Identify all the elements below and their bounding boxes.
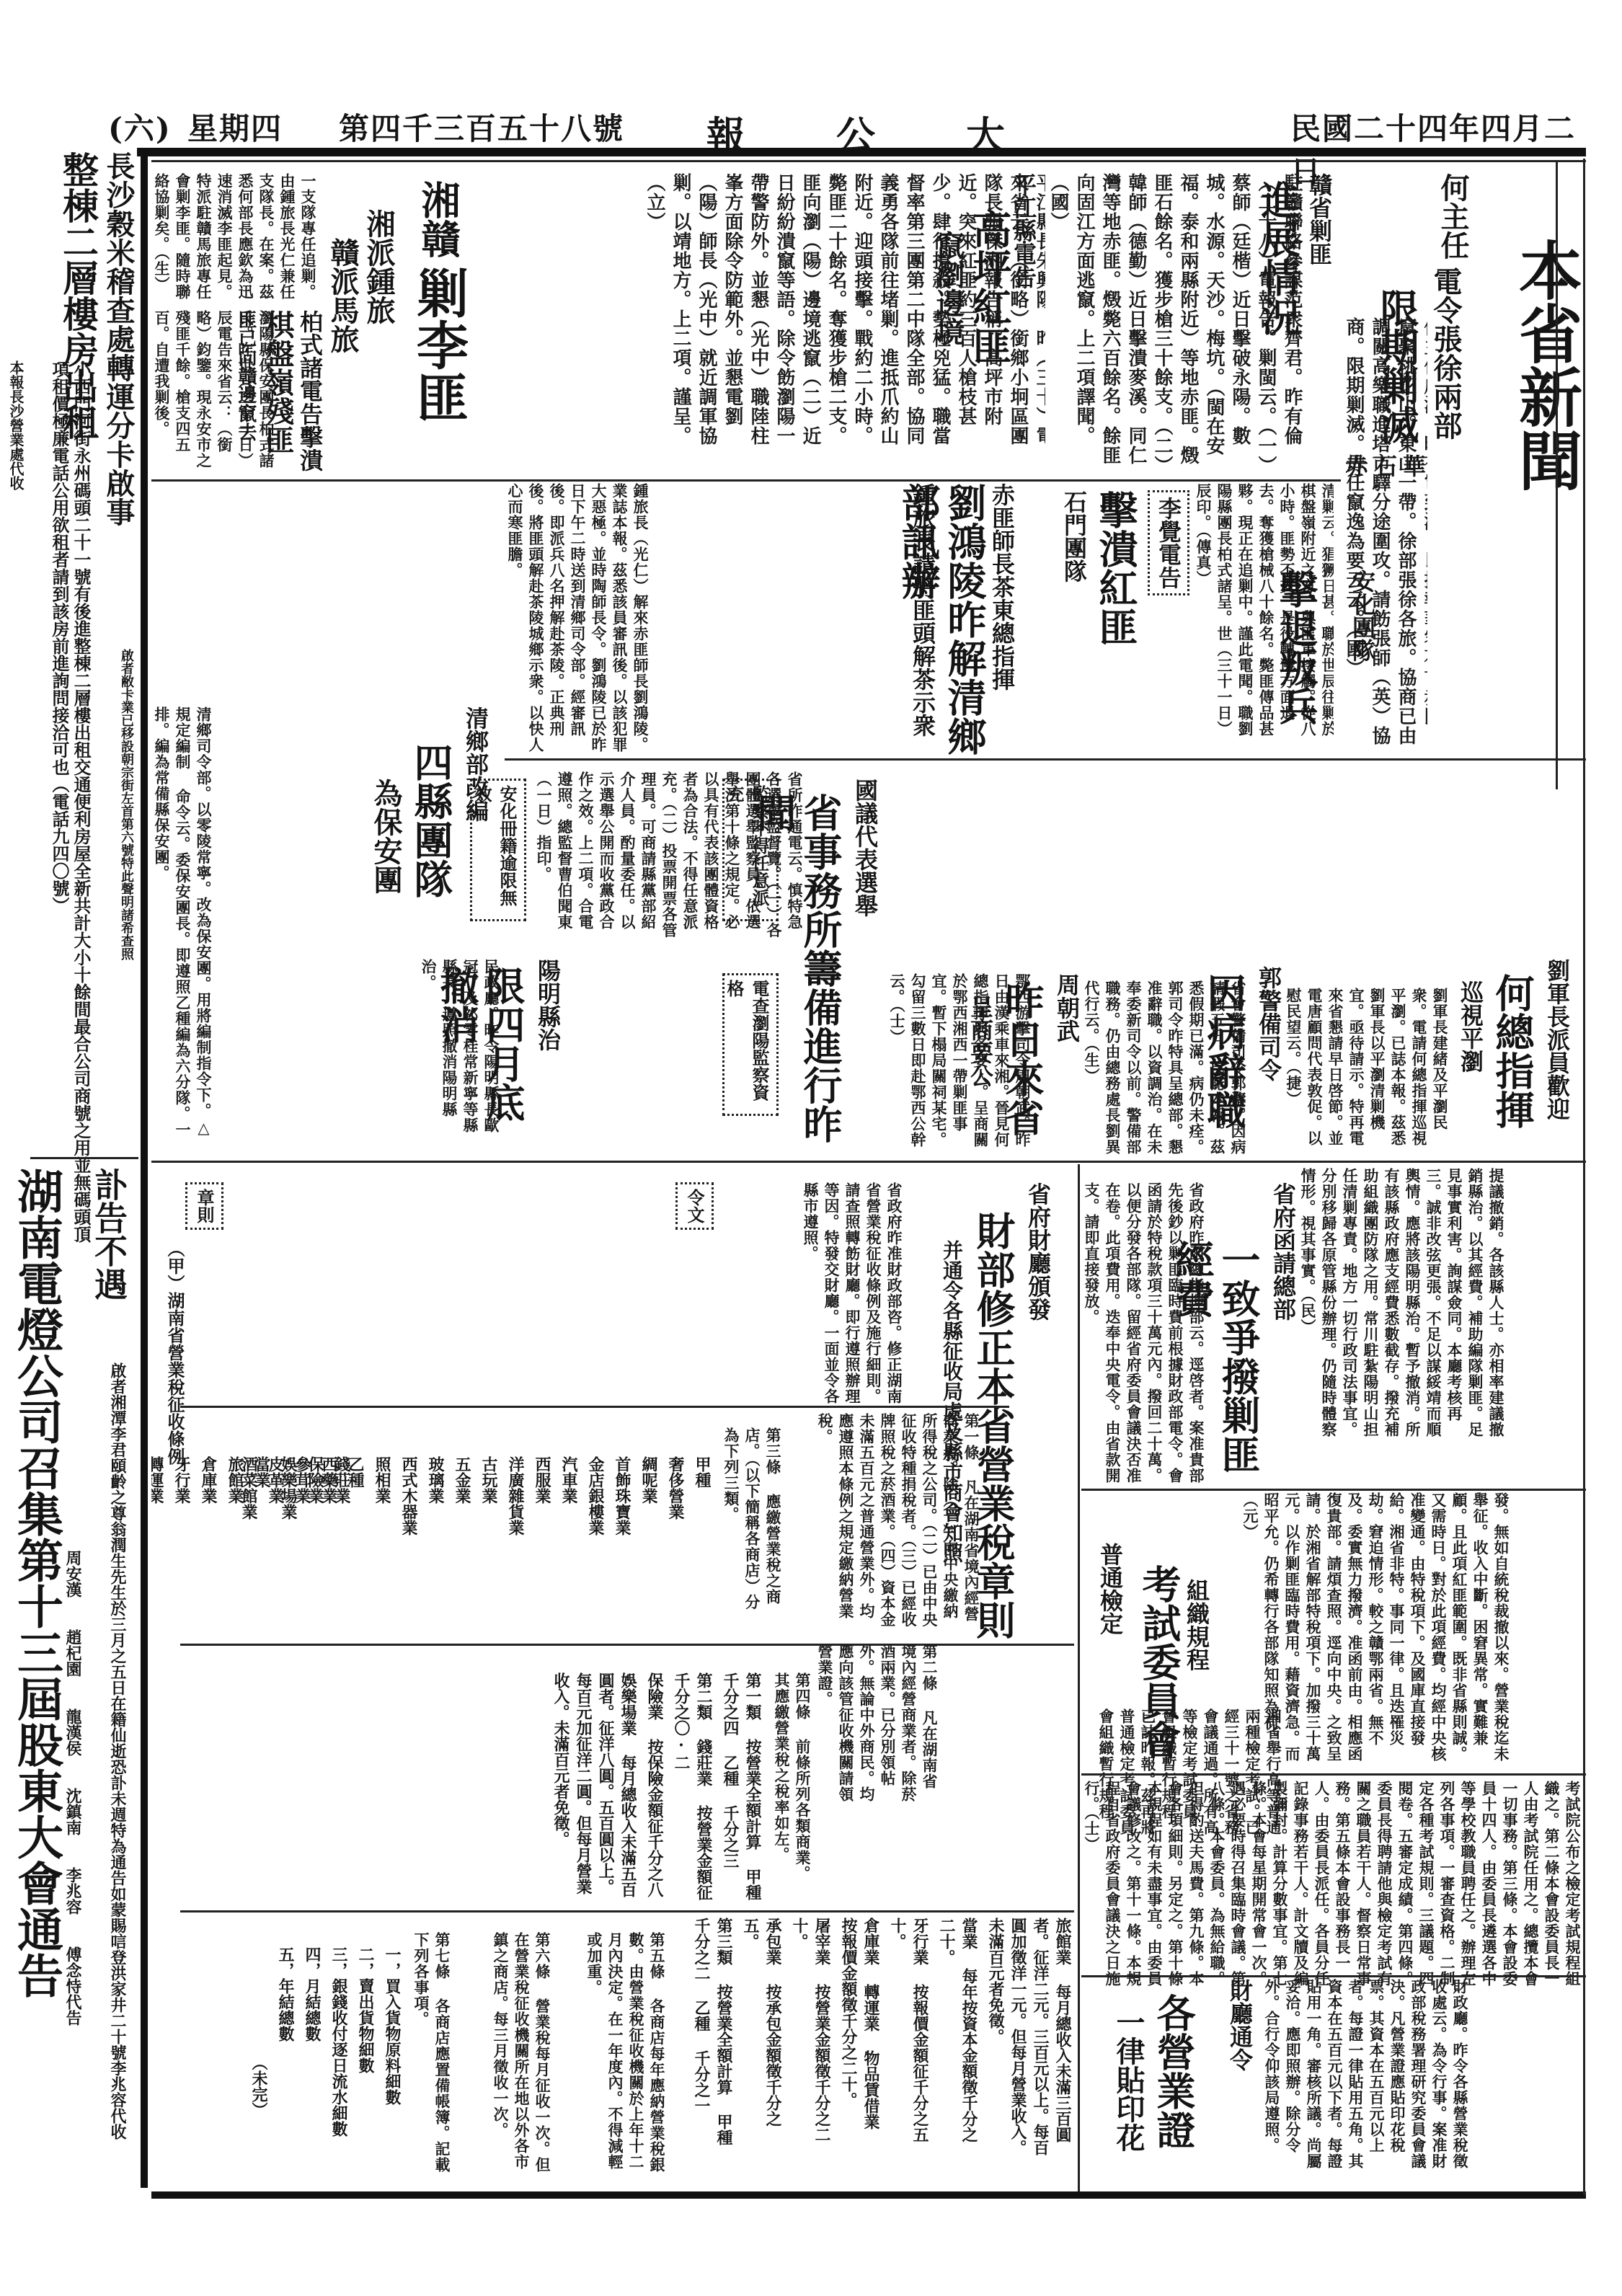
article-kicker: 贛省剿匪 (1305, 173, 1334, 265)
art7-item: 三，銀錢收付逐日流水細數 (328, 1946, 350, 2177)
article-yingyeshui: 省府財廳頒發 財部修正本省營業稅章則 并通令各縣征收局處及縣市商會知照 省政府昨… (151, 1168, 1074, 2191)
rate-item: 承包業 按承包金額徵千分之五。 (740, 1918, 784, 2155)
masthead-weekday: 星期四 (187, 105, 283, 149)
class-list-item: 轉運業 (151, 1456, 167, 1629)
article-body: 平江縣長朱興陽。昨（三十）電來省云：（銜略）銜鄉小坰區團隊長張傑湘報告稱。高坪市… (642, 173, 1045, 461)
article-body-wrap: 省所昨通電云。慎特急各選舉監督覽。（一）各團體選舉監察員。依選舉法第十條之規定。… (533, 771, 721, 944)
class-list-item: 西式木器業 (398, 1456, 420, 1629)
article-body-wrap: 平江縣長朱興陽。昨（三十）電來省云：（銜略）銜鄉小坰區團隊長張傑湘報告稱。高坪市… (642, 173, 930, 461)
article-art4-wrap: 第四條 前條所列各類商業。其應繳營業稅之稅率如左。 (771, 1672, 858, 1889)
article-kicker: 劉軍長派員歡迎 (1543, 959, 1572, 1120)
article-body: 李匪明瑞殘部。流竄贛邊。湘省已編一支隊專任追剿。由鍾旅長光仁兼任支隊長。在案。茲… (151, 173, 321, 310)
article-kicker: 普通檢定 (1096, 1543, 1125, 1635)
masthead-issue-no: 第四千三百五十八號 (339, 105, 624, 149)
article-kicker: 赤匪師長茶東總指揮 (988, 483, 1016, 691)
page-right-rule (1583, 159, 1585, 2195)
article-body-wrap: 鄂西游擊司令周朝武。昨日由漢乘車來湘。晉見何總指揮與各要人。呈商關於鄂西湘西一帶… (887, 973, 959, 1153)
class-2-list-wrap: 錢莊業 保險業 娛樂場業 當業 旅館業 倉庫業 牙行業 轉運業 物品賃借業 承包… (159, 1456, 353, 1629)
article-section-divider (180, 1910, 1074, 1912)
article-zhou-chaowu: 周朝武 昨日來省 呈商要公 鄂西游擊司令周朝武。昨日由漢乘車來湘。晉見何總指揮與… (887, 959, 1081, 1161)
article-jiaofei-jingfei: 省府函請總部 一致爭撥剿匪經費 省政府昨函總指揮部云。逕啓者。案准貴部先後鈔以剿… (1081, 1168, 1298, 1485)
article-headline: 何總指揮 (1489, 973, 1535, 1129)
class-1-list-wrap: 甲種 奢侈營業 綢呢業 首飾珠寶業 金店銀樓業 汽車業 西服業 洋廣雜貨業 古玩… (353, 1456, 714, 1629)
article-body: 清鄉司令部。以零陵常寧。改為保安團。用將編制指令下。△規定編制 命令云。委保安團… (151, 706, 214, 1139)
article-note-wrap: 發。無如自統稅裁撤以來。營業稅迄未舉征。收入中斷。困窘異常。實難兼顧。且此項紅匪… (1240, 1492, 1586, 1766)
masthead-rule-bottom (151, 160, 1586, 162)
masthead: (六) 星期四 第四千三百五十八號 報 公 大 民國二十四年四月二日 (108, 101, 1586, 151)
ad-obituary-signer-4: 沈鎮南 (62, 1788, 84, 1835)
rate-item: 牙行業 按報價金額征千分之五十。 (887, 1918, 931, 2155)
page-bottom-rule (151, 2191, 1586, 2199)
article-art6-wrap: 第六條 營業稅每月征收一次。但在營業稅征收機關所在地以外各市鎮之商店。每三月徵收… (490, 1932, 577, 2177)
rate-item: 保險業 按保險金額征千分之八 (644, 1672, 666, 1903)
article-body: 瀏陽縣保安團長柏式諸氏。昨世（三十一日）辰電告來省云：（銜略）鈞鑒。現永安市之殘… (151, 310, 277, 469)
article-article-4: 第四條 前條所列各類商業。其應繳營業稅之稅率如左。 (771, 1672, 813, 1889)
article-box-2: 安化冊籍逾限無效 (470, 779, 526, 921)
class-list-item: 西服業 (531, 1456, 554, 1629)
article-body: 省政府昨函總指揮部云。逕啓者。案准貴部先後鈔以剿匪臨時費前根據財政部電令。會函請… (1081, 1182, 1207, 1485)
article-body-wrap: 瀏陽縣保安團長柏式諸氏。昨世（三十一日）辰電告來省云：（銜略）鈞鑒。現永安市之殘… (151, 310, 231, 469)
class-list-item: 洋廣雜貨業 (505, 1456, 527, 1629)
rate-item: 當業 每年按資本金額徵千分之二十。 (936, 1918, 980, 2155)
article-gan-jiao: 贛省剿匪 進展情況 駐贛聯絡參謀范衆齊君。昨有倫（二十八）電報告。剿閩云。（一）… (1045, 166, 1334, 476)
article-body: 鍾旅長（光仁）解來赤匪師長劉鴻陵。業誌本報。茲悉該員審訊後。以該犯罪大惡極。並時… (505, 483, 651, 757)
article-body: 提議撤銷。各該縣人士。亦相率建議撤銷縣治。以其經費。補助編隊剿匪。足見事實利害。… (1298, 1168, 1507, 1442)
article-headline: 擊退叛兵 (1273, 569, 1319, 725)
article-ping-jiang: 平江縣電告 高坪紅匪 竄瀏邊境 平江縣長朱興陽。昨（三十）電來省云：（銜略）銜鄉… (505, 166, 1045, 476)
art7-item: 二，賣出貨物細數 (355, 1946, 377, 2177)
article-subhead: 湘派鍾旅 (360, 209, 396, 324)
article-headline: 電令張徐兩部 (1427, 267, 1463, 440)
band-rule (505, 758, 1586, 761)
class-list-item: 綢呢業 (638, 1456, 660, 1629)
art7-items-wrap: 一，買入貨物原料細數 二，賣出貨物細數 三，銀錢收付逐日流水細數 四，月結總數 … (187, 1946, 404, 2177)
ad-rice-office-body: 啟者敝卡業已移設朝宗街左首第六號特此聲明諸希查照 (118, 649, 135, 1052)
article-he-zongzhihui: 劉軍長派員歡迎 何總指揮 巡視平瀏 劉軍長建緒及平瀏民衆。電請何總指揮巡視平瀏。… (1283, 959, 1586, 1161)
article-kicker: 財廳通令 (1226, 1979, 1254, 2071)
article-body-wrap: 第一條 以下簡稱本會）遵照考試院公布之檢定考試規程組織之。第二條本會設委員長一人… (1081, 1781, 1586, 1990)
article-kicker: 陽明縣治 (533, 959, 562, 1051)
class-list-item: 娛樂場業 (278, 1456, 300, 1629)
article-article-5: 第五條 各商店每年應納營業稅銀數。由營業稅征收機關於上年十二月內決定。在一年度內… (584, 1932, 668, 2177)
class-list-item: 汽車業 (558, 1456, 580, 1629)
article-xiang-gan: 湘贛 剿李匪 湘派鍾旅 贛派馬旅 (324, 166, 505, 476)
article-article-1: 第一條 凡在湖南省境內經營商業者。除（一）向中央繳納所得稅之公司。（二）已由中央… (815, 1413, 982, 1629)
rate-item: 旅館業 每月總收入未滿三百圓者。征洋二元。三百元以上。每百圓加徵洋一元。但每月營… (985, 1918, 1074, 2155)
article-subhead: 組織規程 (1182, 1579, 1211, 1671)
article-body: 民政廳。昨令陽明縣長歐冠。及祁零桂常新寧等縣縣長。遵照撤消陽明縣治。 (418, 959, 502, 1146)
article-art5-wrap: 第五條 各商店每年應納營業稅銀數。由營業稅征收機關於上年十二月內決定。在一年度內… (584, 1932, 670, 2177)
article-yingyezheng: 財廳通令 各營業證 一律貼印花 財政廳。昨令各縣營業稅徵收處云。為令行事。案准財… (1081, 1979, 1586, 2188)
article-anhua: 安化團隊 擊退叛兵 (1045, 562, 1579, 750)
article-art3-wrap: 第三條 應繳營業稅之商店。（以下簡稱各商店）分為下列三類。 (721, 1427, 807, 1615)
article-subhead: 為保安團 (368, 779, 404, 894)
class-list-item: 五金業 (451, 1456, 474, 1629)
rates-wrap-2: 旅館業 每月總收入未滿三百圓者。征洋二元。三百元以上。每百圓加徵洋一元。但每月營… (670, 1918, 1074, 2155)
article-rules-heading: （甲）湖南省營業稅征收條例 (162, 1240, 187, 1465)
article-intro: 省政府昨准財政部咨。修正湖南省營業稅征收條例及施行細則。請查照轉飭財廳。即行遵照… (800, 1182, 905, 1413)
ad-obituary-signer-1: 周安漢 (62, 1550, 84, 1597)
ad-obituary-footer: 傅念恃代告 (62, 1946, 84, 2026)
ad-divider (30, 1157, 138, 1159)
class-list-item: 倉庫業 (198, 1456, 220, 1629)
article-body: 劉軍長建緒及平瀏民衆。電請何總指揮巡視平瀏。已誌本報。茲悉劉軍長以平瀏清剿機宜。… (1283, 988, 1450, 1161)
article-body-wrap: 清鄉司令部。以零陵常寧。改為保安團。用將編制指令下。△規定編制 命令云。委保安團… (151, 706, 360, 1139)
article-section-divider (180, 1406, 1009, 1408)
article-box-3: 電查瀏陽監察資格 (722, 973, 779, 1116)
class-list-item: 首飾珠寶業 (611, 1456, 634, 1629)
article-article-7: 第七條 各商店應置備帳簿。記載下列各事項。 (411, 1932, 453, 2177)
article-body-wrap: 省政府昨函總指揮部云。逕啓者。案准貴部先後鈔以剿匪臨時費前根據財政部電令。會函請… (1081, 1182, 1211, 1485)
article-subhead: 一律貼印花 (1110, 2008, 1146, 2152)
class-list-item: 旅館業 (224, 1456, 247, 1629)
ad-obituary-title: 訃告不遇 (90, 1168, 128, 1370)
rate-item: 第一類 按營業全額計算 甲種 千分之四 乙種 千分之三 (719, 1672, 764, 1903)
article-body: 財政廳。昨令各縣營業稅徵收處云。為令行事。案准財政部稅務署理研究委員會議決。凡營… (1262, 1979, 1471, 2181)
article-art1-wrap: 第一條 凡在湖南省境內經營商業者。除（一）向中央繳納所得稅之公司。（二）已由中央… (815, 1413, 1074, 1629)
rate-item: 屠宰業 按營業金額徵千分之二十。 (789, 1918, 833, 2155)
article-kicker: 郭警備司令 (1254, 966, 1283, 1081)
class-list-item: 古玩業 (478, 1456, 500, 1629)
article-article-6: 第六條 營業稅每月征收一次。但在營業稅征收機關所在地以外各市鎮之商店。每三月徵收… (490, 1932, 553, 2177)
article-kicker: 柏式諸電告擊潰 (296, 310, 324, 471)
ad-obituary-signer-2: 趙杞園 (62, 1629, 84, 1677)
class-list-item: 照相業 (371, 1456, 394, 1629)
article-yangming: 陽明縣治 限四月底撤消 民政廳。昨令陽明縣長歐冠。及祁零桂常新寧等縣縣長。遵照撤… (418, 952, 620, 1153)
article-body-wrap: 民政廳。昨令陽明縣長歐冠。及祁零桂常新寧等縣縣長。遵照撤消陽明縣治。 (418, 959, 476, 1146)
article-guo-resign: 郭警備司令 因病辭職 省會警備司令郭濤。因病請假五日。已誌本報。茲悉假期已滿。病… (1081, 959, 1283, 1161)
article-subhead: 贛派馬旅 (324, 238, 360, 353)
rate-item: 第三類 按營業全額計算 甲種 千分之二 乙種 千分之一 (691, 1918, 735, 2155)
class-list-item: 金店銀樓業 (585, 1456, 607, 1629)
art7-item: 一，買入貨物原料細數 (381, 1946, 404, 2177)
article-subhead: 巡視平瀏 (1456, 980, 1485, 1073)
left-column-rule (141, 148, 148, 2188)
left-advert-column: 長沙穀米稽查處轉運分卡啟事 啟者敝卡業已移設朝宗街左首第六號特此聲明諸希查照 整… (9, 144, 135, 2249)
rate-item: 娛樂場業 每月總收入未滿五百圓者。征洋八圓。五百圓以上。每百元加征洋二圓。但每月… (550, 1672, 639, 1903)
ad-rice-office-title: 長沙穀米稽查處轉運分卡啟事 (102, 151, 135, 642)
band-rule (151, 479, 1341, 482)
class-list-item: 甲種 (691, 1456, 714, 1629)
band-rule (1081, 1975, 1586, 1977)
rate-item: 第二類 錢莊業 按營業金額征千分之〇·二 (670, 1672, 715, 1903)
class-list-item: 當業 (251, 1456, 273, 1629)
ad-house-rent-footer: 本報長沙營業處代收 (6, 360, 27, 1225)
article-headline: 剿李匪 (408, 267, 469, 422)
article-liu-honglin: 赤匪師長茶東總指揮 劉鴻陵昨解清鄉部訊辦 鍾旅長請將匪頭解茶示衆 鍾旅長（光仁）… (505, 483, 1045, 757)
article-art7-wrap: 第七條 各商店應置備帳簿。記載下列各事項。 (411, 1932, 483, 2177)
article-xiang-gan-body: 李匪明瑞殘部。流竄贛邊。湘省已編一支隊專任追剿。由鍾旅長光仁兼任支隊長。在案。茲… (151, 173, 321, 310)
article-kicker: 湘贛 (415, 180, 461, 258)
article-kicker: 省府函請總部 (1269, 1182, 1298, 1321)
rates-wrap: 第一類 按營業全額計算 甲種 千分之四 乙種 千分之三 第二類 錢莊業 按營業金… (159, 1672, 764, 1903)
rate-item: 倉庫業 轉運業 物品賃借業 按報價金額徵千分之二十。 (838, 1918, 882, 2155)
article-boshi: 柏式諸電告擊潰 棋盤嶺殘匪 匪已向贛邊竄去 瀏陽縣保安團長柏式諸氏。昨世（三十一… (151, 310, 324, 476)
article-kicker: 安化團隊 (1348, 569, 1377, 662)
article-box-lingwen: 令文 (675, 1182, 714, 1230)
article-body-wrap: 財政廳。昨令各縣營業稅徵收處云。為令行事。案准財政部稅務署理研究委員會議決。凡營… (1262, 1979, 1586, 2181)
masthead-rule-top (137, 148, 1586, 156)
article-article-3: 第三條 應繳營業稅之商店。（以下簡稱各商店）分為下列三類。 (721, 1427, 784, 1615)
article-intro-wrap: 省政府昨准財政部咨。修正湖南省營業稅征收條例及施行細則。請查照轉飭財廳。即行遵照… (800, 1182, 930, 1413)
article-headline: 各營業證 (1151, 1993, 1197, 2149)
article-kicker: 周朝武 (1052, 973, 1081, 1042)
art7-item: 四，月結總數 (301, 1946, 324, 2177)
class-list-item: 錢莊業 (331, 1456, 353, 1629)
vertical-rule (1078, 1164, 1080, 2195)
article-footer: （未完） (248, 1946, 270, 2177)
article-box-zhangze: 章則 (185, 1182, 223, 1230)
article-kicker: 省府財廳頒發 (1024, 1182, 1052, 1321)
article-body-wrap: 駐贛聯絡參謀范衆齊君。昨有倫（二十八）電報告。剿閩云。（一）蔡師（廷楷）近日擊破… (1045, 173, 1254, 476)
band-rule (1081, 1489, 1586, 1491)
ad-obituary-signer-5: 李兆容 (62, 1867, 84, 1915)
article-body: 省所昨通電云。慎特急各選舉監督覽。（一）各團體選舉監察員。依選舉法第十條之規定。… (533, 771, 805, 944)
article-body: 駐贛聯絡參謀范衆齊君。昨有倫（二十八）電報告。剿閩云。（一）蔡師（廷楷）近日擊破… (1045, 173, 1305, 476)
article-kicker: 國議代表選舉 (851, 779, 879, 917)
band-rule (151, 1161, 1586, 1163)
ad-power-company-title: 湖南電燈公司召集第十三屆股東大會通告 (9, 1168, 63, 2220)
ad-obituary-body: 啟者湘潭李君頤齡之尊翁潤生先生於三月之五日在籍仙逝恐訃未週特為通告如蒙賜唁登洪家… (84, 1362, 128, 2141)
class-list-item: 保險業 (304, 1456, 327, 1629)
class-list-item: 牙行業 (171, 1456, 193, 1629)
class-list-item: 玻璃業 (425, 1456, 447, 1629)
article-section-divider (180, 1644, 1074, 1646)
class-list-item: 奢侈營業 (665, 1456, 687, 1629)
article-body-wrap: 鍾旅長（光仁）解來赤匪師長劉鴻陵。業誌本報。茲悉該員審訊後。以該犯罪大惡極。並時… (505, 483, 901, 757)
article-body-wrap: 劉軍長建緒及平瀏民衆。電請何總指揮巡視平瀏。已誌本報。茲悉劉軍長以平瀏清剿機宜。… (1283, 988, 1449, 1161)
article-xianzhi: 提議撤銷。各該縣人士。亦相率建議撤銷縣治。以其經費。補助編隊剿匪。足見事實利害。… (1298, 1168, 1586, 1442)
article-body: 鄂西游擊司令周朝武。昨日由漢乘車來湘。晉見何總指揮與各要人。呈商關於鄂西湘西一帶… (887, 973, 1033, 1153)
article-body-wrap: 省會警備司令郭濤。因病請假五日。已誌本報。茲悉假期已滿。病仍未痊。郭司令昨特具呈… (1081, 980, 1197, 1161)
ad-obituary-signer-3: 龍漢侯 (62, 1708, 84, 1756)
article-subhead: 鍾旅長請將匪頭解茶示衆 (908, 483, 937, 737)
masthead-page-no: (六) (108, 105, 172, 149)
art7-item: 五，年結總數 (275, 1946, 297, 2177)
article-body: 第一條 以下簡稱本會）遵照考試院公布之檢定考試規程組織之。第二條本會設委員長一人… (1081, 1781, 1586, 1990)
article-kicker: 何主任 (1435, 173, 1471, 260)
article-divider (1081, 1773, 1586, 1776)
article-body: 省會警備司令郭濤。因病請假五日。已誌本報。茲悉假期已滿。病仍未痊。郭司令昨特具呈… (1081, 980, 1249, 1161)
